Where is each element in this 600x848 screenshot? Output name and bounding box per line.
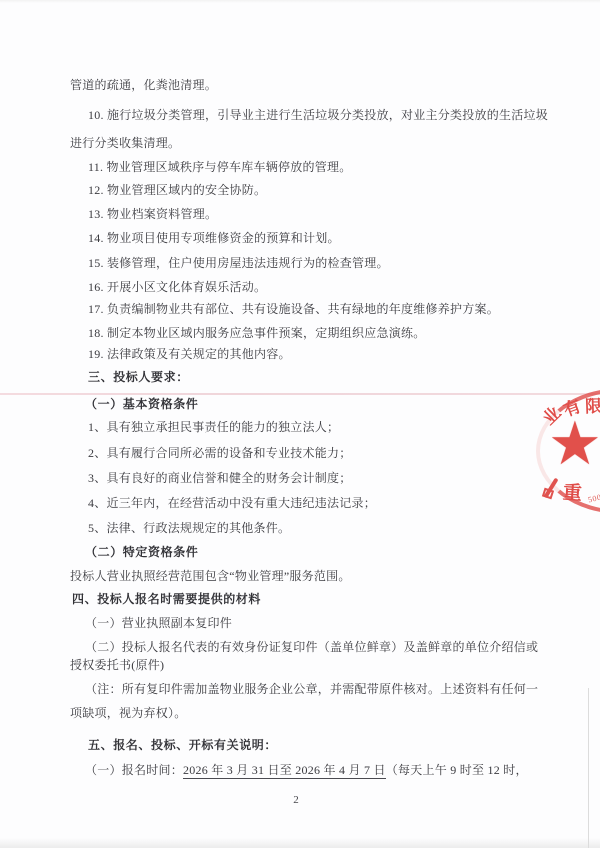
doc-line-condition-5: 5、法律、行政法规规定的其他条件。 [88,521,290,536]
doc-line-material-2: （二）投标人报名代表的有效身份证复印件（盖单位鲜章）及盖鲜章的单位介绍信或 [85,640,538,655]
stamp-partial-stroke [542,488,554,500]
doc-line-condition-3: 3、具有良好的商业信誉和健全的财务会计制度； [88,471,352,486]
doc-line-continuation: 进行分类收集清理。 [70,136,180,151]
doc-line-continuation: 授权委托书(原件) [70,658,164,673]
doc-line-item-19: 19. 法律政策及有关规定的其他内容。 [88,347,291,362]
section-heading-signup-bidding: 五、报名、投标、开标有关说明： [88,738,277,753]
doc-line-condition-4: 4、近三年内，在经营活动中没有重大违纪违法记录； [88,496,376,511]
section-heading-materials: 四、投标人报名时需要提供的材料 [72,592,261,607]
doc-line-item-18: 18. 制定本物业区域内服务应急事件预案，定期组织应急演练。 [88,326,426,341]
doc-line-note: （注：所有复印件需加盖物业服务企业公章，并需配带原件核对。上述资料有任何一 [85,682,538,697]
subheading-basic-qualification: （一）基本资格条件 [85,397,198,412]
signup-time-label: （一）报名时间： [85,763,183,777]
doc-line-item-12: 12. 物业管理区域内的安全协防。 [88,183,266,198]
signup-time-detail: （每天上午 9 时至 12 时， [386,763,528,777]
doc-line-item-15: 15. 装修管理，住户使用房屋违法违规行为的检查管理。 [88,256,389,271]
doc-line-signup-time: （一）报名时间：2026 年 3 月 31 日至 2026 年 4 月 7 日（… [85,763,528,778]
doc-line-item-13: 13. 物业档案资料管理。 [88,207,217,222]
page-number: 2 [288,794,304,806]
doc-line-item-11: 11. 物业管理区域秩序与停车库车辆停放的管理。 [88,160,352,175]
stamp-bottom-char: 重 [562,477,583,505]
doc-line-material-1: （一）营业执照副本复印件 [85,616,232,631]
doc-line-item-17: 17. 负责编制物业共有部位、共有设施设备、共有绿地的年度维修养护方案。 [88,302,499,317]
scan-artifact-line [0,393,600,395]
subheading-specific-qualification: （二）特定资格条件 [85,545,198,560]
doc-line-item-16: 16. 开展小区文化体育娱乐活动。 [88,280,266,295]
signup-date-range: 2026 年 3 月 31 日至 2026 年 4 月 7 日 [183,763,386,779]
section-heading-bidder-requirements: 三、投标人要求： [88,370,189,385]
scanned-document-page: 管道的疏通，化粪池清理。 10. 施行垃圾分类管理，引导业主进行生活垃圾分类投放… [0,0,600,848]
doc-line-continuation: 管道的疏通，化粪池清理。 [70,78,217,93]
doc-line-item-10: 10. 施行垃圾分类管理，引导业主进行生活垃圾分类投放，对业主分类投放的生活垃圾 [88,108,548,123]
doc-line-item-14: 14. 物业项目使用专项维修资金的预算和计划。 [88,231,340,246]
doc-line-condition-2: 2、具有履行合同所必需的设备和专业技术能力； [88,446,352,461]
doc-line-condition-1: 1、具有独立承担民事责任的能力的独立法人； [88,420,339,435]
doc-line-business-scope: 投标人营业执照经营范围包含“物业管理”服务范围。 [70,569,351,584]
doc-line-continuation: 项缺项，视为弃权）。 [70,706,187,721]
scan-edge-line [588,688,589,848]
stamp-arc-char: 限 [585,392,600,418]
